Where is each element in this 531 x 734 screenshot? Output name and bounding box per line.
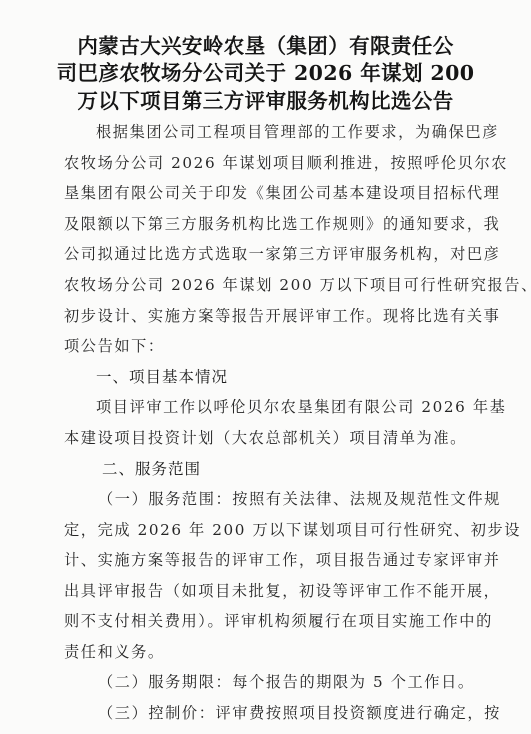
section2-item1-line: 责任和义务。 <box>64 641 468 663</box>
section-heading-project-basics: 一、项目基本情况 <box>96 366 228 388</box>
intro-paragraph-line: 垦集团有限公司关于印发《集团公司基本建设项目招标代理 <box>64 182 468 204</box>
document-title-line-2: 司巴彦农牧场分公司关于 2026 年谋划 200 <box>0 59 531 87</box>
intro-paragraph-line: 项公告如下： <box>64 335 468 357</box>
section2-item1-line: （一）服务范围：按照有关法律、法规及规范性文件规 <box>98 488 502 510</box>
section1-paragraph-line: 本建设项目投资计划（大农总部机关）项目清单为准。 <box>64 427 468 449</box>
section2-item1-line: 计、实施方案等报告的评审工作，项目报告通过专家评审并 <box>64 549 468 571</box>
intro-paragraph-line: 及限额以下第三方服务机构比选工作规则》的通知要求，我 <box>64 213 468 235</box>
section1-paragraph-line: 项目评审工作以呼伦贝尔农垦集团有限公司 2026 年基 <box>96 396 500 418</box>
intro-paragraph-line: 根据集团公司工程项目管理部的工作要求，为确保巴彦 <box>96 121 500 143</box>
intro-paragraph-line: 农牧场分公司 2026 年谋划项目顺利推进，按照呼伦贝尔农 <box>64 152 468 174</box>
document-title-line-1: 内蒙古大兴安岭农垦（集团）有限责任公 <box>0 32 531 60</box>
section2-item1-line: 出具评审报告（如项目未批复，初设等评审工作不能开展， <box>64 580 468 602</box>
document-page: 内蒙古大兴安岭农垦（集团）有限责任公 司巴彦农牧场分公司关于 2026 年谋划 … <box>0 0 531 734</box>
section2-item1-line: 定，完成 2026 年 200 万以下谋划项目可行性研究、初步设 <box>64 519 468 541</box>
intro-paragraph-line: 公司拟通过比选方式选取一家第三方评审服务机构，对巴彦 <box>64 243 468 265</box>
document-title-line-3: 万以下项目第三方评审服务机构比选公告 <box>0 87 531 115</box>
intro-paragraph-line: 农牧场分公司 2026 年谋划 200 万以下项目可行性研究报告、 <box>64 274 468 296</box>
section-heading-service-scope: 二、服务范围 <box>102 458 201 480</box>
section2-item2-service-period: （二）服务期限：每个报告的期限为 5 个工作日。 <box>98 671 502 693</box>
section2-item3-control-price: （三）控制价：评审费按照项目投资额度进行确定，按 <box>98 702 502 724</box>
section2-item1-line: 则不支付相关费用）。评审机构须履行在项目实施工作中的 <box>64 610 468 632</box>
intro-paragraph-line: 初步设计、实施方案等报告开展评审工作。现将比选有关事 <box>64 305 468 327</box>
